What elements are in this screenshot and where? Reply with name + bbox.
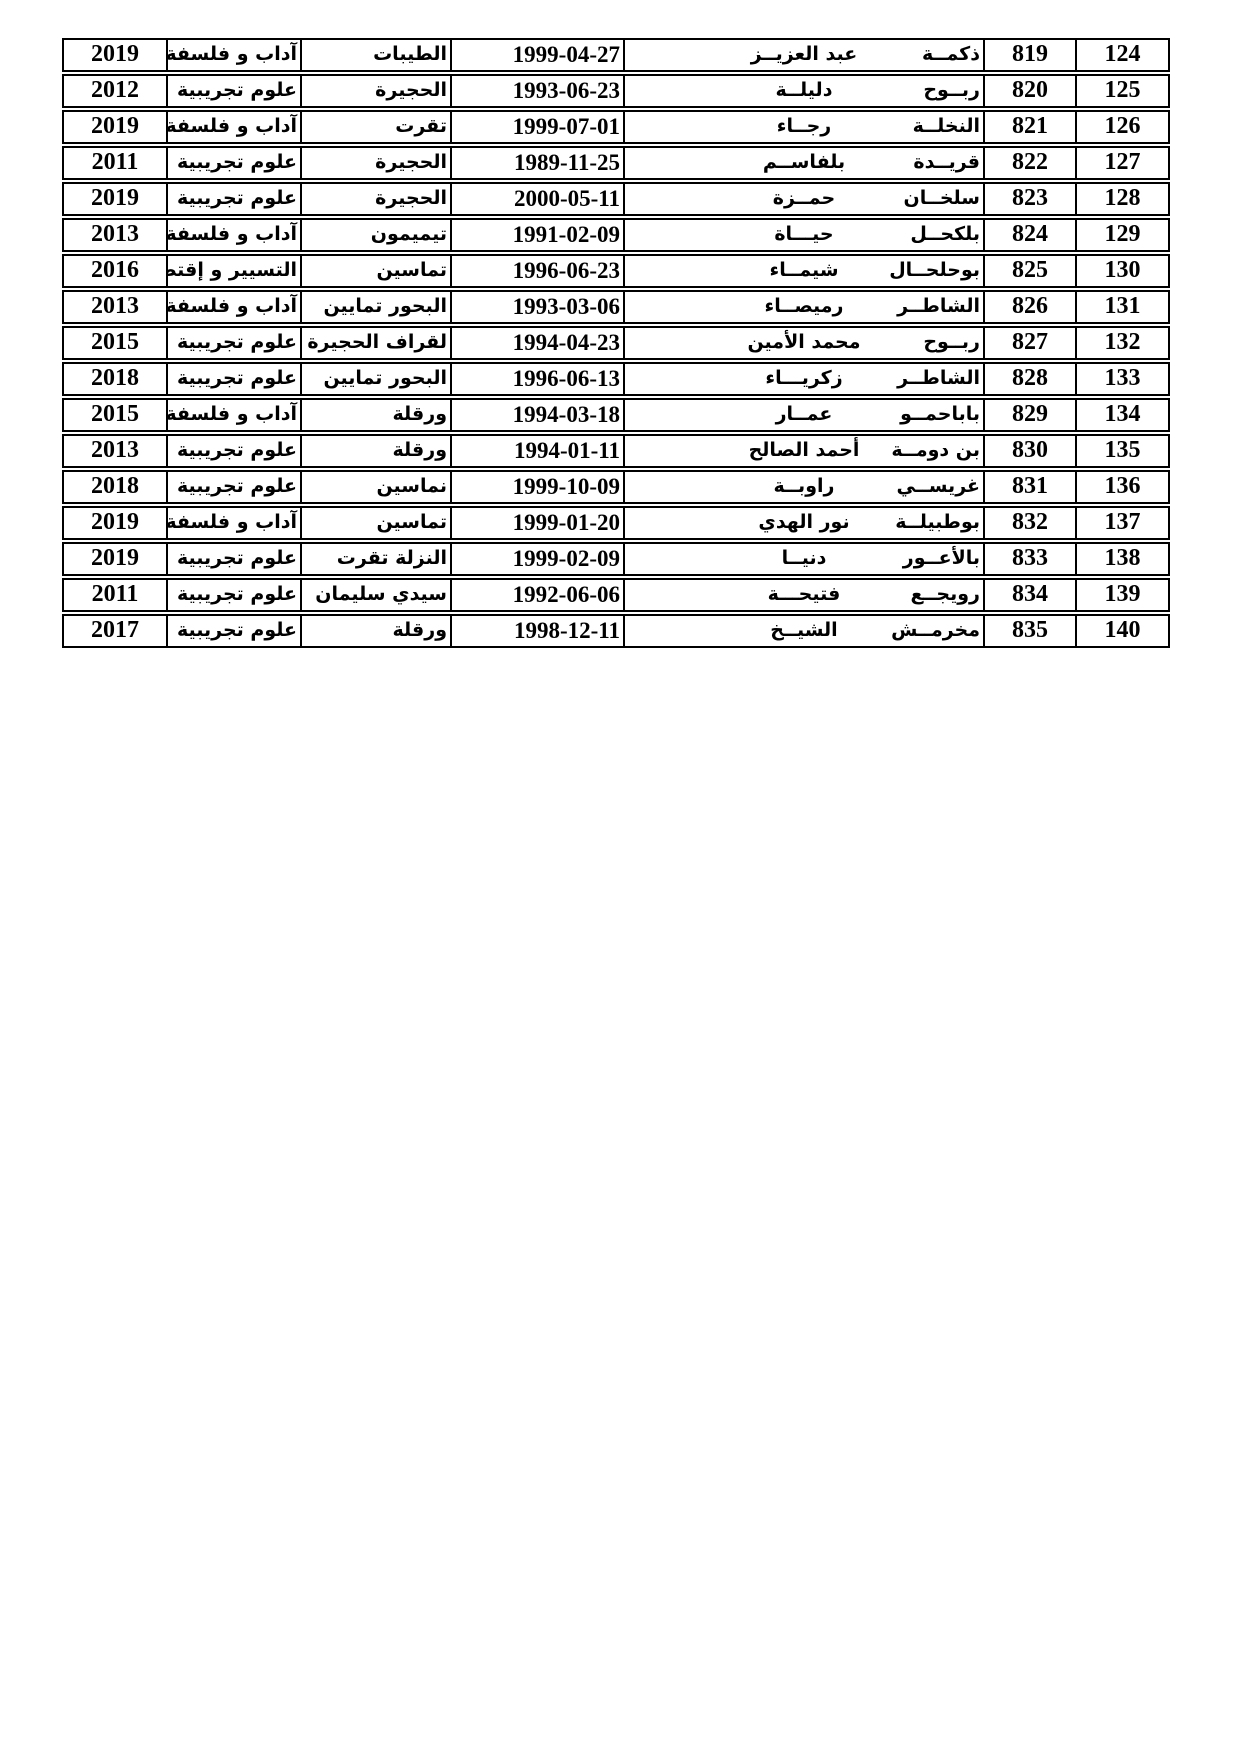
birth-place-cell: البحور تمايين — [300, 290, 452, 324]
first-name: حيـــاة — [774, 223, 833, 245]
year-cell: 2015 — [62, 398, 168, 432]
table-row: 2016 التسيير و إقتصاد تماسين 1996-06-23 … — [62, 254, 1170, 288]
table-row: 2019 علوم تجريبية الحجيرة 2000-05-11 حمـ… — [62, 182, 1170, 216]
first-name: شيمــاء — [769, 259, 838, 281]
stream-cell: آداب و فلسفة — [166, 290, 302, 324]
full-name-cell: دنيــا بالأعــور — [623, 542, 985, 576]
last-name: مخرمــش — [891, 616, 980, 648]
row-index-cell: 131 — [1075, 290, 1170, 324]
birth-place-cell: تماسين — [300, 254, 452, 288]
full-name-cell: رميصــاء الشاطــر — [623, 290, 985, 324]
row-index-cell: 132 — [1075, 326, 1170, 360]
birth-date-cell: 1999-10-09 — [450, 470, 625, 504]
table-row: 2013 علوم تجريبية ورقلة 1994-01-11 أحمد … — [62, 434, 1170, 468]
first-name: دنيــا — [782, 547, 827, 569]
full-name-cell: عبد العزيــز ذكمــة — [623, 38, 985, 72]
birth-place-cell: نماسين — [300, 470, 452, 504]
first-name: رميصــاء — [764, 295, 843, 317]
stream-cell: علوم تجريبية — [166, 362, 302, 396]
row-index-cell: 125 — [1075, 74, 1170, 108]
year-cell: 2015 — [62, 326, 168, 360]
table-row: 2011 علوم تجريبية الحجيرة 1989-11-25 بلف… — [62, 146, 1170, 180]
birth-place-cell: لقراف الحجيرة — [300, 326, 452, 360]
stream-cell: آداب و فلسفة — [166, 506, 302, 540]
full-name-cell: محمد الأمين ربــوح — [623, 326, 985, 360]
row-index-cell: 139 — [1075, 578, 1170, 612]
stream-cell: علوم تجريبية — [166, 74, 302, 108]
birth-place-cell: الحجيرة — [300, 74, 452, 108]
year-cell: 2019 — [62, 182, 168, 216]
stream-cell: آداب و فلسفة — [166, 38, 302, 72]
table-row: 2018 علوم تجريبية البحور تمايين 1996-06-… — [62, 362, 1170, 396]
registration-number-cell: 819 — [983, 38, 1077, 72]
year-cell: 2011 — [62, 146, 168, 180]
first-name: راوبــة — [774, 475, 835, 497]
year-cell: 2013 — [62, 218, 168, 252]
registration-number-cell: 821 — [983, 110, 1077, 144]
birth-date-cell: 1999-02-09 — [450, 542, 625, 576]
full-name-cell: شيمــاء بوحلحــال — [623, 254, 985, 288]
registration-number-cell: 822 — [983, 146, 1077, 180]
last-name: النخلــة — [913, 112, 980, 144]
table-row: 2013 آداب و فلسفة تيميمون 1991-02-09 حيـ… — [62, 218, 1170, 252]
last-name: باباحمــو — [900, 400, 980, 432]
row-index-cell: 138 — [1075, 542, 1170, 576]
birth-place-cell: الحجيرة — [300, 146, 452, 180]
year-cell: 2011 — [62, 578, 168, 612]
stream-cell: علوم تجريبية — [166, 326, 302, 360]
full-name-cell: زكريـــاء الشاطــر — [623, 362, 985, 396]
full-name-cell: أحمد الصالح بن دومــة — [623, 434, 985, 468]
birth-place-cell: تقرت — [300, 110, 452, 144]
row-index-cell: 130 — [1075, 254, 1170, 288]
full-name-cell: رجــاء النخلــة — [623, 110, 985, 144]
registration-number-cell: 834 — [983, 578, 1077, 612]
registration-number-cell: 833 — [983, 542, 1077, 576]
registration-number-cell: 824 — [983, 218, 1077, 252]
row-index-cell: 140 — [1075, 614, 1170, 648]
full-name-cell: بلفاســم قريــدة — [623, 146, 985, 180]
birth-date-cell: 1996-06-13 — [450, 362, 625, 396]
last-name: غريســي — [897, 472, 980, 504]
last-name: ذكمــة — [922, 40, 980, 72]
birth-date-cell: 1999-04-27 — [450, 38, 625, 72]
full-name-cell: عمــار باباحمــو — [623, 398, 985, 432]
registration-number-cell: 835 — [983, 614, 1077, 648]
stream-cell: علوم تجريبية — [166, 434, 302, 468]
birth-date-cell: 1999-07-01 — [450, 110, 625, 144]
birth-place-cell: النزلة تقرت — [300, 542, 452, 576]
last-name: بوحلحــال — [889, 256, 980, 288]
first-name: عبد العزيــز — [751, 43, 857, 65]
stream-cell: علوم تجريبية — [166, 470, 302, 504]
table-row: 2019 علوم تجريبية النزلة تقرت 1999-02-09… — [62, 542, 1170, 576]
stream-cell: آداب و فلسفة — [166, 110, 302, 144]
last-name: بالأعــور — [903, 544, 980, 576]
birth-date-cell: 1993-03-06 — [450, 290, 625, 324]
stream-cell: آداب و فلسفة — [166, 218, 302, 252]
birth-place-cell: ورقلة — [300, 434, 452, 468]
row-index-cell: 126 — [1075, 110, 1170, 144]
row-index-cell: 124 — [1075, 38, 1170, 72]
row-index-cell: 127 — [1075, 146, 1170, 180]
first-name: بلفاســم — [763, 151, 845, 173]
birth-place-cell: تماسين — [300, 506, 452, 540]
year-cell: 2019 — [62, 38, 168, 72]
birth-place-cell: ورقلة — [300, 398, 452, 432]
row-index-cell: 133 — [1075, 362, 1170, 396]
birth-place-cell: سيدي سليمان — [300, 578, 452, 612]
year-cell: 2013 — [62, 290, 168, 324]
full-name-cell: نور الهدي بوطبيلــة — [623, 506, 985, 540]
row-index-cell: 128 — [1075, 182, 1170, 216]
full-name-cell: دليلــة ربــوح — [623, 74, 985, 108]
birth-date-cell: 1994-03-18 — [450, 398, 625, 432]
full-name-cell: حمــزة سلخــان — [623, 182, 985, 216]
birth-date-cell: 1993-06-23 — [450, 74, 625, 108]
full-name-cell: فتيحـــة رويجــع — [623, 578, 985, 612]
registration-number-cell: 831 — [983, 470, 1077, 504]
first-name: عمــار — [776, 403, 833, 425]
birth-date-cell: 1994-01-11 — [450, 434, 625, 468]
table-row: 2015 علوم تجريبية لقراف الحجيرة 1994-04-… — [62, 326, 1170, 360]
last-name: رويجــع — [910, 580, 980, 612]
table-row: 2019 آداب و فلسفة تماسين 1999-01-20 نور … — [62, 506, 1170, 540]
registration-number-cell: 827 — [983, 326, 1077, 360]
year-cell: 2013 — [62, 434, 168, 468]
birth-place-cell: الحجيرة — [300, 182, 452, 216]
first-name: أحمد الصالح — [749, 439, 860, 461]
year-cell: 2017 — [62, 614, 168, 648]
birth-place-cell: الطيبات — [300, 38, 452, 72]
last-name: ربــوح — [923, 328, 980, 360]
first-name: الشيــخ — [770, 619, 837, 641]
year-cell: 2018 — [62, 362, 168, 396]
birth-place-cell: البحور تمايين — [300, 362, 452, 396]
registration-number-cell: 829 — [983, 398, 1077, 432]
last-name: بن دومــة — [891, 436, 980, 468]
table-row: 2017 علوم تجريبية ورقلة 1998-12-11 الشيـ… — [62, 614, 1170, 648]
students-table: 2019 آداب و فلسفة الطيبات 1999-04-27 عبد… — [62, 38, 1170, 650]
table-row: 2019 آداب و فلسفة تقرت 1999-07-01 رجــاء… — [62, 110, 1170, 144]
table-row: 2015 آداب و فلسفة ورقلة 1994-03-18 عمــا… — [62, 398, 1170, 432]
year-cell: 2016 — [62, 254, 168, 288]
full-name-cell: حيـــاة بلكحــل — [623, 218, 985, 252]
full-name-cell: راوبــة غريســي — [623, 470, 985, 504]
first-name: حمــزة — [773, 187, 835, 209]
first-name: محمد الأمين — [747, 331, 860, 353]
first-name: زكريـــاء — [765, 367, 842, 389]
full-name-cell: الشيــخ مخرمــش — [623, 614, 985, 648]
row-index-cell: 134 — [1075, 398, 1170, 432]
registration-number-cell: 820 — [983, 74, 1077, 108]
registration-number-cell: 830 — [983, 434, 1077, 468]
birth-date-cell: 1992-06-06 — [450, 578, 625, 612]
stream-cell: علوم تجريبية — [166, 578, 302, 612]
registration-number-cell: 825 — [983, 254, 1077, 288]
table-row: 2018 علوم تجريبية نماسين 1999-10-09 راوب… — [62, 470, 1170, 504]
first-name: نور الهدي — [758, 511, 849, 533]
last-name: الشاطــر — [897, 364, 980, 396]
stream-cell: آداب و فلسفة — [166, 398, 302, 432]
row-index-cell: 136 — [1075, 470, 1170, 504]
birth-date-cell: 1989-11-25 — [450, 146, 625, 180]
first-name: رجــاء — [777, 115, 831, 137]
first-name: فتيحـــة — [768, 583, 841, 605]
last-name: بوطبيلــة — [895, 508, 980, 540]
registration-number-cell: 823 — [983, 182, 1077, 216]
first-name: دليلــة — [776, 79, 833, 101]
last-name: سلخــان — [904, 184, 980, 216]
table-row: 2013 آداب و فلسفة البحور تمايين 1993-03-… — [62, 290, 1170, 324]
table-row: 2011 علوم تجريبية سيدي سليمان 1992-06-06… — [62, 578, 1170, 612]
last-name: الشاطــر — [897, 292, 980, 324]
year-cell: 2018 — [62, 470, 168, 504]
stream-cell: علوم تجريبية — [166, 146, 302, 180]
last-name: ربــوح — [923, 76, 980, 108]
birth-date-cell: 1991-02-09 — [450, 218, 625, 252]
stream-cell: علوم تجريبية — [166, 614, 302, 648]
year-cell: 2019 — [62, 110, 168, 144]
birth-date-cell: 1994-04-23 — [450, 326, 625, 360]
table-row: 2019 آداب و فلسفة الطيبات 1999-04-27 عبد… — [62, 38, 1170, 72]
registration-number-cell: 826 — [983, 290, 1077, 324]
stream-cell: علوم تجريبية — [166, 182, 302, 216]
last-name: قريــدة — [913, 148, 980, 180]
table-row: 2012 علوم تجريبية الحجيرة 1993-06-23 دلي… — [62, 74, 1170, 108]
birth-date-cell: 1998-12-11 — [450, 614, 625, 648]
birth-place-cell: تيميمون — [300, 218, 452, 252]
row-index-cell: 129 — [1075, 218, 1170, 252]
birth-place-cell: ورقلة — [300, 614, 452, 648]
row-index-cell: 135 — [1075, 434, 1170, 468]
year-cell: 2019 — [62, 506, 168, 540]
stream-cell: التسيير و إقتصاد — [166, 254, 302, 288]
birth-date-cell: 1999-01-20 — [450, 506, 625, 540]
registration-number-cell: 832 — [983, 506, 1077, 540]
last-name: بلكحــل — [910, 220, 980, 252]
year-cell: 2012 — [62, 74, 168, 108]
registration-number-cell: 828 — [983, 362, 1077, 396]
birth-date-cell: 1996-06-23 — [450, 254, 625, 288]
birth-date-cell: 2000-05-11 — [450, 182, 625, 216]
stream-cell: علوم تجريبية — [166, 542, 302, 576]
year-cell: 2019 — [62, 542, 168, 576]
row-index-cell: 137 — [1075, 506, 1170, 540]
